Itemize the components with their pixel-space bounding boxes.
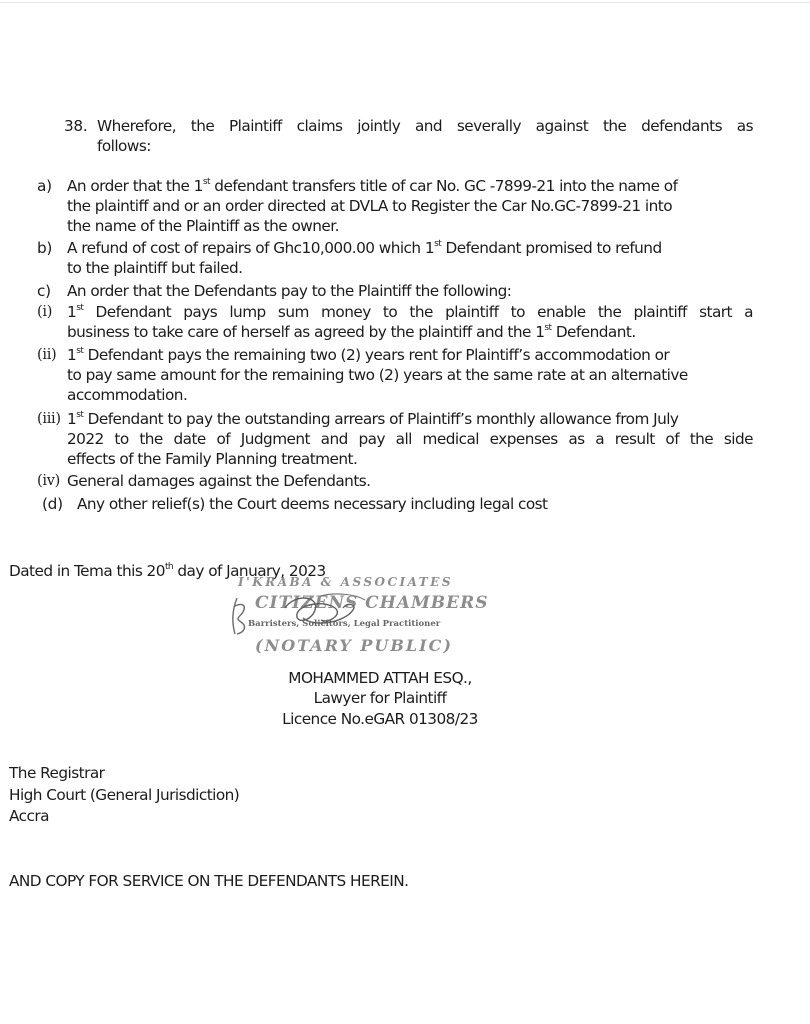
paragraph-38-line2: follows: [97, 136, 151, 156]
stamp-firm-name: I'KRABA & ASSOCIATES [238, 575, 453, 589]
item-ii-label: (ii) [37, 345, 56, 365]
item-ii-line2: to pay same amount for the remaining two… [67, 365, 688, 385]
item-ii-line3: accommodation. [67, 385, 187, 405]
item-c-line1: An order that the Defendants pay to the … [67, 281, 511, 301]
item-iii-line1: 1st Defendant to pay the outstanding arr… [67, 409, 678, 429]
paragraph-number: 38. [64, 116, 87, 136]
item-iii-line3: effects of the Family Planning treatment… [67, 449, 357, 469]
item-iii-line2: 2022 to the date of Judgment and pay all… [67, 429, 753, 449]
item-b-line1: A refund of cost of repairs of Ghc10,000… [67, 238, 662, 258]
addressee-line3: Accra [9, 806, 49, 826]
item-c-label: c) [37, 281, 51, 301]
item-iii-label: (iii) [37, 409, 61, 429]
item-d-label: (d) [42, 494, 63, 514]
item-a-line3: the name of the Plaintiff as the owner. [67, 216, 339, 236]
signatory-name: MOHAMMED ATTAH ESQ., [250, 668, 510, 688]
item-d-line1: Any other relief(s) the Court deems nece… [77, 494, 548, 514]
paragraph-38-line1: Wherefore, the Plaintiff claims jointly … [97, 116, 753, 136]
item-i-line1: 1st Defendant pays lump sum money to the… [67, 302, 753, 322]
item-b-label: b) [37, 238, 52, 258]
addressee-line2: High Court (General Jurisdiction) [9, 785, 239, 805]
signatory-licence: Licence No.eGAR 01308/23 [250, 709, 510, 729]
item-a-line1: An order that the 1st defendant transfer… [67, 176, 677, 196]
document-page: 38. Wherefore, the Plaintiff claims join… [0, 0, 810, 1024]
item-i-label: (i) [37, 302, 52, 322]
service-note: AND COPY FOR SERVICE ON THE DEFENDANTS H… [9, 871, 408, 891]
item-a-line2: the plaintiff and or an order directed a… [67, 196, 672, 216]
signatory-role: Lawyer for Plaintiff [250, 688, 510, 708]
signature-mark [225, 588, 395, 643]
item-i-line2: business to take care of herself as agre… [67, 322, 636, 342]
addressee-line1: The Registrar [9, 763, 104, 783]
item-iv-line1: General damages against the Defendants. [67, 471, 371, 491]
item-ii-line1: 1st Defendant pays the remaining two (2)… [67, 345, 669, 365]
item-a-label: a) [37, 176, 52, 196]
item-b-line2: to the plaintiff but failed. [67, 258, 242, 278]
item-iv-label: (iv) [37, 471, 60, 491]
